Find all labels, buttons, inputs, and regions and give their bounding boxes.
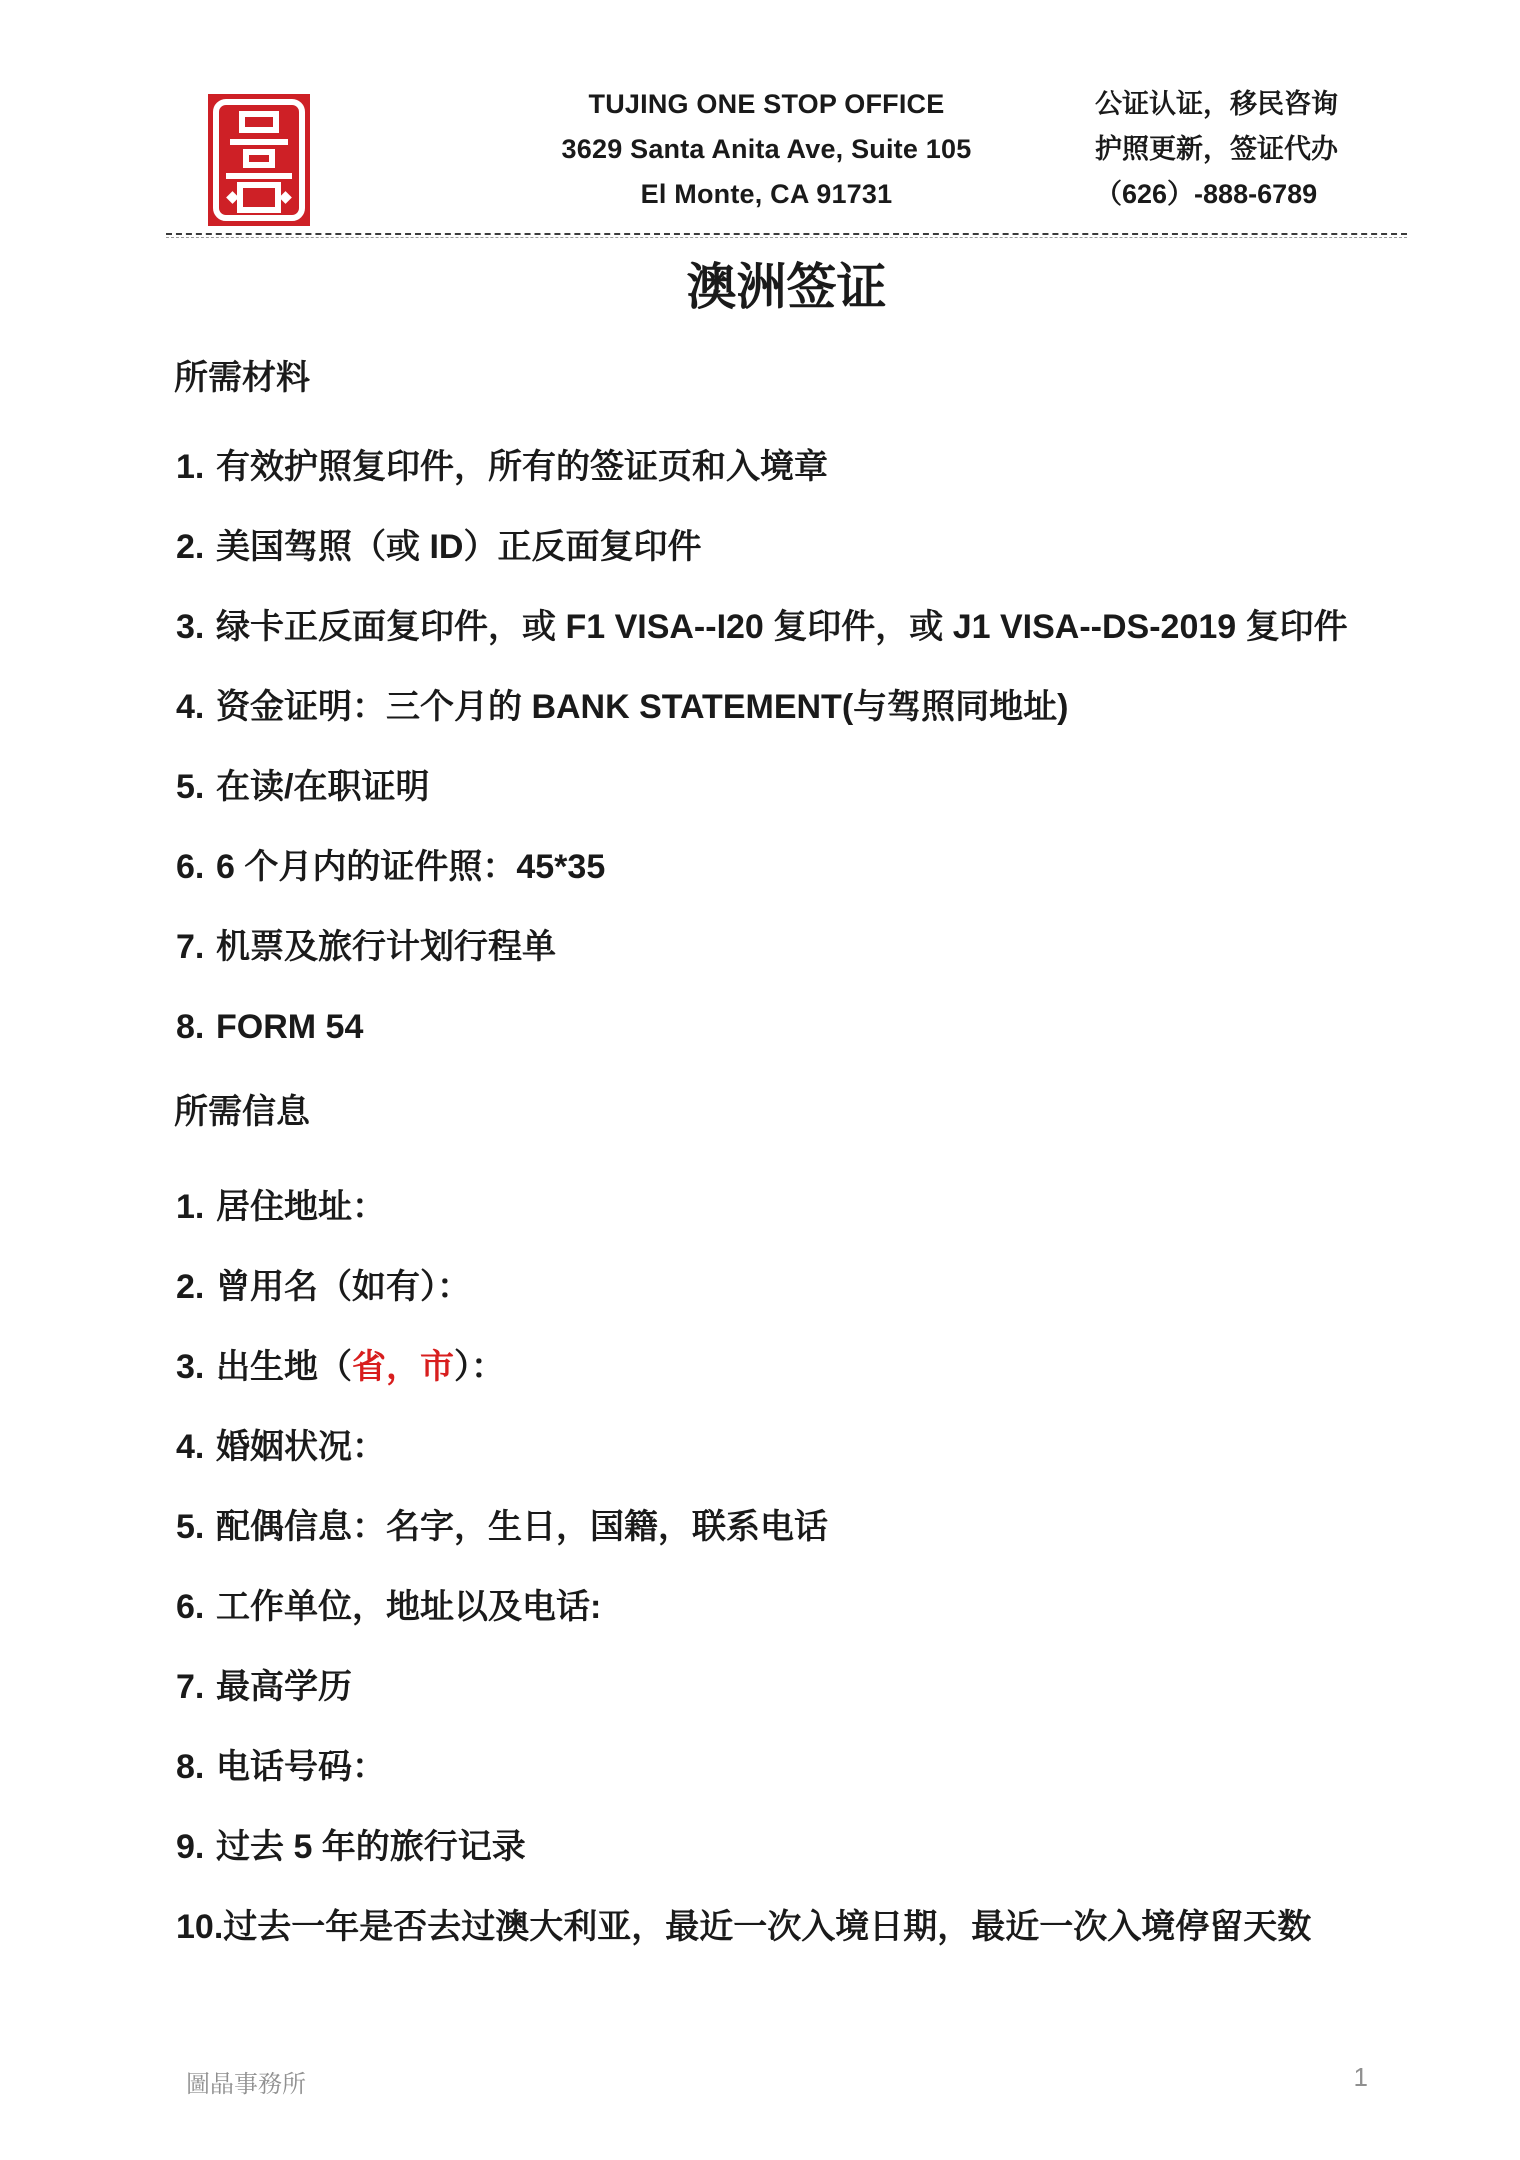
letterhead: TUJING ONE STOP OFFICE 3629 Santa Anita … [166, 80, 1407, 233]
item-text: 资金证明：三个月的 BANK STATEMENT(与驾照同地址) [216, 687, 1068, 727]
services-info-block: 公证认证，移民咨询 护照更新，签证代办 （626）-888-6789 [1095, 82, 1338, 217]
page-number: 1 [1354, 2062, 1368, 2093]
item-number: 10. [176, 1907, 223, 1947]
info-item-8: 8. 电话号码： [166, 1747, 1407, 1787]
item-text: 婚姻状况： [216, 1427, 386, 1467]
item-text: 机票及旅行计划行程单 [216, 927, 556, 967]
material-item-1: 1. 有效护照复印件，所有的签证页和入境章 [166, 447, 1407, 487]
item-number: 7. [176, 927, 216, 967]
item-text: 6 个月内的证件照：45*35 [216, 847, 605, 887]
item-number: 5. [176, 767, 216, 807]
item-text: 美国驾照（或 ID）正反面复印件 [216, 527, 701, 567]
item-text: 在读/在职证明 [216, 767, 429, 807]
item-text: 过去 5 年的旅行记录 [216, 1827, 526, 1867]
item-number: 4. [176, 1427, 216, 1467]
item-text: 居住地址： [216, 1187, 386, 1227]
info-item-7: 7. 最高学历 [166, 1667, 1407, 1707]
info-item-2: 2. 曾用名（如有）： [166, 1267, 1407, 1307]
footer-company-name: 圖晶事務所 [186, 2064, 306, 2099]
info-heading: 所需信息 [166, 1092, 1407, 1132]
material-item-5: 5. 在读/在职证明 [166, 767, 1407, 807]
item-text: 过去一年是否去过澳大利亚，最近一次入境日期，最近一次入境停留天数 [223, 1907, 1311, 1947]
item-number: 2. [176, 1267, 216, 1307]
item-text: 有效护照复印件，所有的签证页和入境章 [216, 447, 828, 487]
material-item-4: 4. 资金证明：三个月的 BANK STATEMENT(与驾照同地址) [166, 687, 1407, 727]
item-number: 3. [176, 1347, 216, 1387]
item-number: 2. [176, 527, 216, 567]
page-content: TUJING ONE STOP OFFICE 3629 Santa Anita … [166, 0, 1407, 1947]
item-text: 工作单位，地址以及电话: [216, 1587, 601, 1627]
document-page: TUJING ONE STOP OFFICE 3629 Santa Anita … [0, 0, 1520, 2160]
info-item-4: 4. 婚姻状况： [166, 1427, 1407, 1467]
item-text-highlight: 省，市 [352, 1348, 454, 1386]
material-item-8: 8. FORM 54 [166, 1007, 1407, 1047]
item-text-prefix: 出生地（ [216, 1348, 352, 1386]
item-number: 6. [176, 1587, 216, 1627]
material-item-7: 7. 机票及旅行计划行程单 [166, 927, 1407, 967]
item-text: 曾用名（如有）： [216, 1267, 471, 1307]
item-text-suffix: ）： [454, 1348, 505, 1386]
item-number: 7. [176, 1667, 216, 1707]
item-text: 配偶信息：名字，生日，国籍，联系电话 [216, 1507, 828, 1547]
item-number: 9. [176, 1827, 216, 1867]
info-item-3: 3. 出生地（省，市）： [166, 1347, 1407, 1387]
item-text: 出生地（省，市）： [216, 1347, 505, 1387]
item-text: 绿卡正反面复印件，或 F1 VISA--I20 复印件，或 J1 VISA--D… [216, 607, 1348, 647]
item-text: 电话号码： [216, 1747, 386, 1787]
header-divider [166, 233, 1407, 238]
item-number: 8. [176, 1007, 216, 1047]
material-item-3: 3. 绿卡正反面复印件，或 F1 VISA--I20 复印件，或 J1 VISA… [166, 607, 1407, 647]
page-title: 澳洲签证 [166, 258, 1407, 316]
item-number: 3. [176, 607, 216, 647]
materials-heading: 所需材料 [166, 358, 1407, 398]
info-item-5: 5. 配偶信息：名字，生日，国籍，联系电话 [166, 1507, 1407, 1547]
item-number: 5. [176, 1507, 216, 1547]
item-number: 4. [176, 687, 216, 727]
material-item-6: 6. 6 个月内的证件照：45*35 [166, 847, 1407, 887]
item-number: 8. [176, 1747, 216, 1787]
item-number: 6. [176, 847, 216, 887]
item-text: 最高学历 [216, 1667, 352, 1707]
phone-number: （626）-888-6789 [1095, 172, 1338, 217]
info-item-6: 6. 工作单位，地址以及电话: [166, 1587, 1407, 1627]
item-number: 1. [176, 1187, 216, 1227]
info-item-9: 9. 过去 5 年的旅行记录 [166, 1827, 1407, 1867]
services-line1: 公证认证，移民咨询 [1095, 82, 1338, 127]
item-text: FORM 54 [216, 1007, 363, 1047]
item-number: 1. [176, 447, 216, 487]
info-item-1: 1. 居住地址： [166, 1187, 1407, 1227]
services-line2: 护照更新，签证代办 [1095, 127, 1338, 172]
info-item-10: 10. 过去一年是否去过澳大利亚，最近一次入境日期，最近一次入境停留天数 [166, 1907, 1407, 1947]
material-item-2: 2. 美国驾照（或 ID）正反面复印件 [166, 527, 1407, 567]
